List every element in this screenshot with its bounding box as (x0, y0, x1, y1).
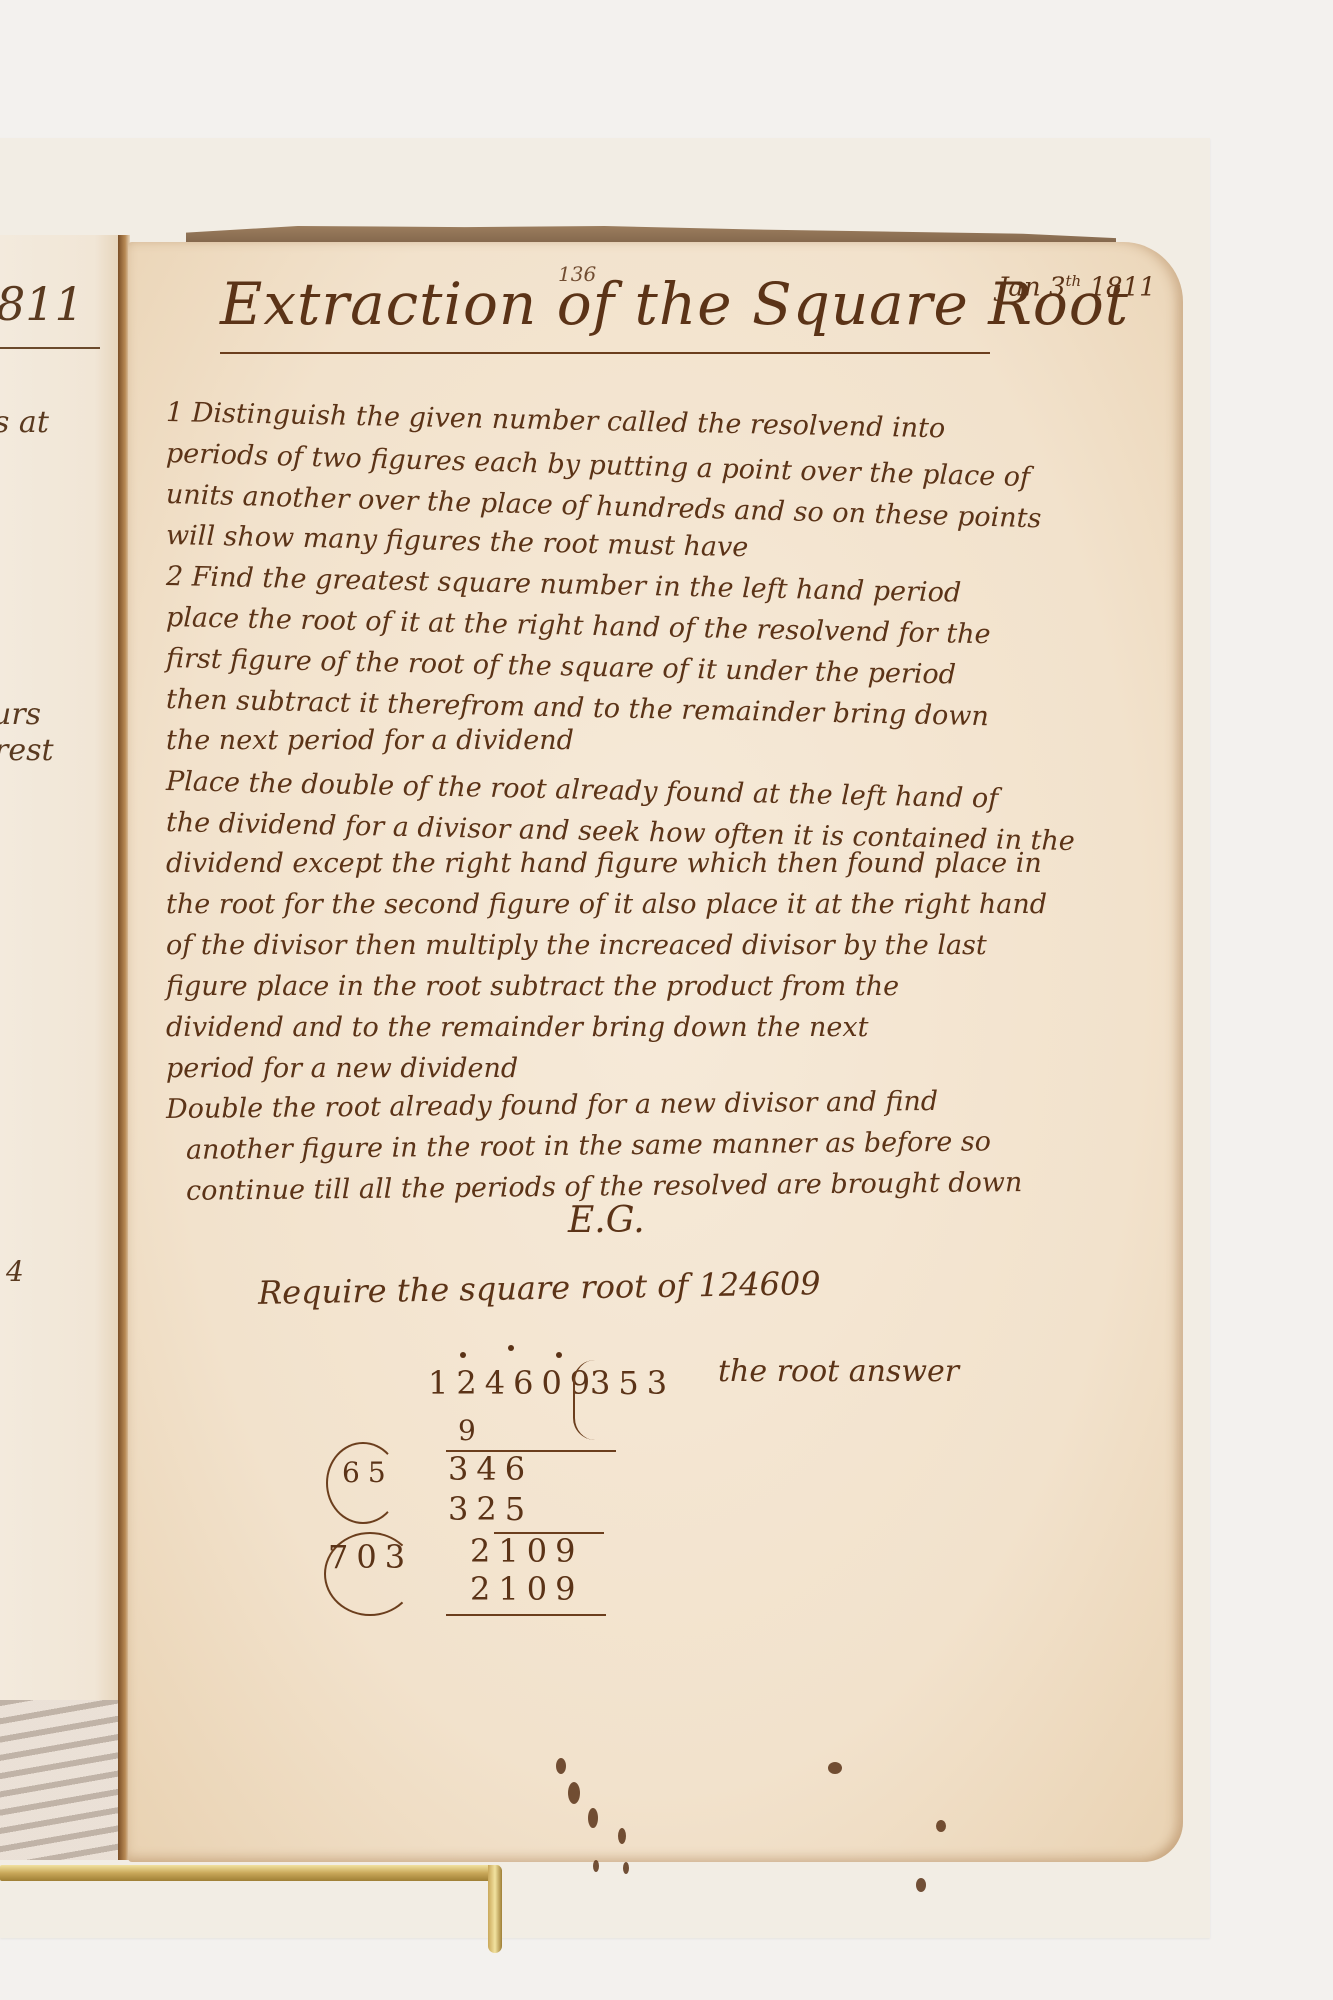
left-text-fragment: urs (0, 697, 41, 732)
example-prompt: Require the square root of 124609 (258, 1264, 821, 1312)
ink-blot (828, 1762, 842, 1774)
date-month: Jan (998, 273, 1041, 303)
left-title-rule (0, 347, 100, 349)
product-1: 325 (448, 1490, 533, 1528)
left-text-fragment: rest (0, 733, 54, 768)
rule-1: 1 Distinguish the given number called th… (166, 392, 1166, 556)
title-underline (220, 352, 990, 354)
product-2: 2109 (470, 1570, 583, 1608)
text-line: dividend and to the remainder bring down… (166, 1007, 1166, 1048)
divisor-1: 65 (342, 1456, 394, 1489)
left-text-fragment: 4 (6, 1255, 24, 1288)
manuscript-page: 136 Extraction of the Square Root Jan 3t… (128, 242, 1183, 1862)
divisor-2: 703 (328, 1538, 413, 1576)
page-date: Jan 3th 1811 (998, 272, 1156, 303)
text-line: the root for the second figure of it als… (166, 884, 1166, 925)
period-point (508, 1345, 514, 1351)
root-result: 353 (590, 1364, 675, 1402)
marbled-endpaper (0, 1700, 118, 1860)
text-line: figure place in the root subtract the pr… (166, 966, 1166, 1007)
left-page: 811 s at urs rest 4 (0, 235, 121, 1860)
ink-blot (916, 1878, 926, 1892)
answer-label: the root answer (718, 1354, 959, 1389)
first-square: 9 (458, 1414, 484, 1447)
ink-blot (588, 1808, 598, 1828)
period-point (460, 1352, 466, 1358)
date-day: 3 (1049, 273, 1066, 303)
signature-initials: E.G. (568, 1200, 645, 1241)
brass-stand-leg (488, 1865, 502, 1953)
ink-blot (568, 1782, 580, 1804)
date-suffix: th (1065, 272, 1081, 290)
period-point (556, 1352, 562, 1358)
left-text-fragment: s at (0, 405, 49, 440)
rule-2: 2 Find the greatest square number in the… (166, 556, 1166, 761)
left-year-fragment: 811 (0, 277, 84, 331)
dividend-2: 2109 (470, 1532, 583, 1570)
rule-4: Double the root already found for a new … (166, 1089, 1166, 1212)
ink-blot (618, 1828, 626, 1844)
ink-blot (623, 1862, 629, 1874)
ink-blot (936, 1820, 946, 1832)
rules-text: 1 Distinguish the given number called th… (166, 392, 1166, 1212)
text-line: of the divisor then multiply the increac… (166, 925, 1166, 966)
ink-blot (593, 1860, 599, 1872)
brass-book-stand (0, 1865, 500, 1881)
date-year: 1811 (1089, 273, 1155, 303)
final-line (446, 1614, 606, 1616)
rule-3: Place the double of the root already fou… (166, 761, 1166, 1089)
page-title: Extraction of the Square Root (220, 270, 1129, 338)
dividend-1: 346 (448, 1450, 533, 1488)
ink-blot (556, 1758, 566, 1774)
